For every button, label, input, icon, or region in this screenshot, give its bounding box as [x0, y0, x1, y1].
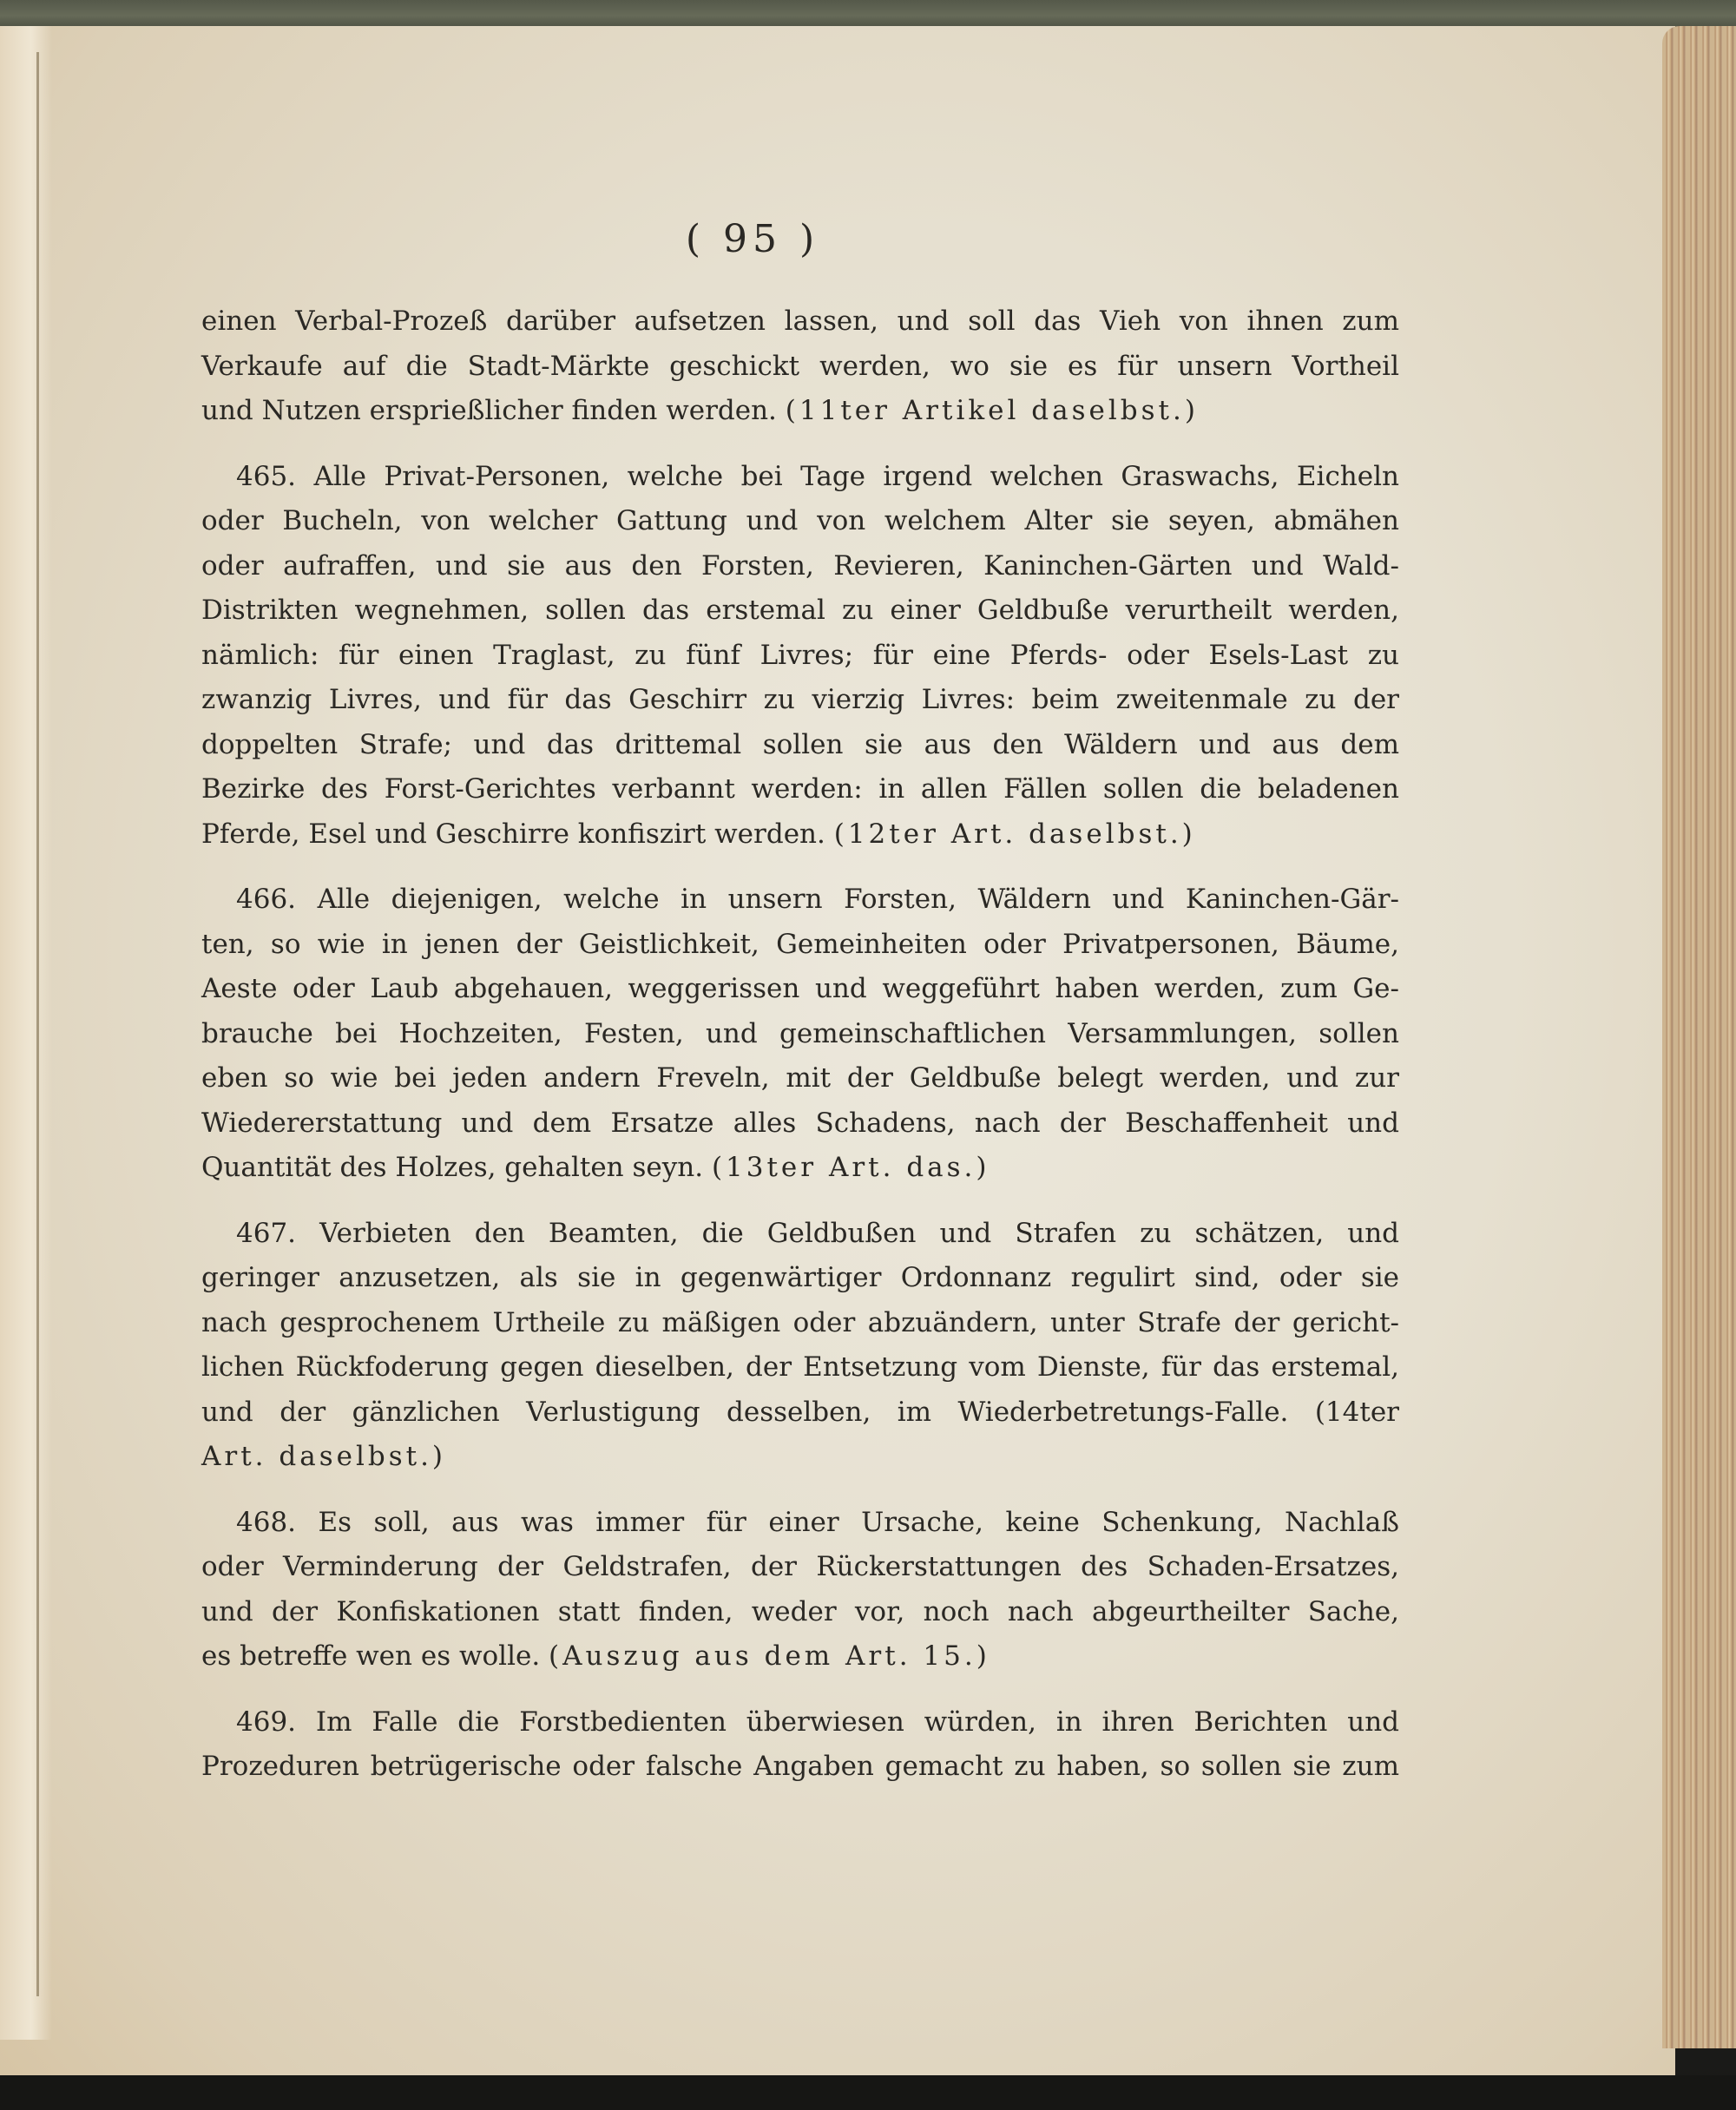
- gutter-fold: [36, 52, 39, 1996]
- paragraph-469: 469. Im Falle die Forstbedienten überwie…: [201, 1700, 1399, 1790]
- text-line: Quantität des Holzes, gehalten seyn. (13…: [201, 1146, 1399, 1191]
- text-line: 469. Im Falle die Forstbedienten überwie…: [201, 1700, 1399, 1745]
- text-line: Verkaufe auf die Stadt-Märkte geschickt …: [201, 345, 1399, 390]
- line-text: Alle diejenigen, welche in unsern Forste…: [318, 884, 1399, 915]
- line-text: Pferde, Esel und Geschirre konfiszirt we…: [201, 818, 825, 850]
- text-line: Bezirke des Forst-Gerichtes verbannt wer…: [201, 767, 1399, 812]
- text-line: und der Konfiskationen statt finden, wed…: [201, 1590, 1399, 1635]
- article-reference: (12ter Art. daselbst.): [834, 818, 1196, 850]
- page-number: ( 95 ): [106, 217, 1399, 261]
- text-line: Distrikten wegnehmen, sollen das erstema…: [201, 588, 1399, 634]
- text-line: Prozeduren betrügerische oder falsche An…: [201, 1745, 1399, 1790]
- text-line: nämlich: für einen Traglast, zu fünf Liv…: [201, 634, 1399, 679]
- line-text: Im Falle die Forstbedienten überwiesen w…: [316, 1706, 1399, 1738]
- page-text: ( 95 ) einen Verbal-Prozeß darüber aufse…: [201, 217, 1399, 1811]
- paragraph-continuation: einen Verbal-Prozeß darüber aufsetzen la…: [201, 299, 1399, 434]
- text-line: nach gesprochenem Urtheile zu mäßigen od…: [201, 1301, 1399, 1346]
- text-line: es betreffe wen es wolle. (Auszug aus de…: [201, 1634, 1399, 1679]
- line-text: Alle Privat-Personen, welche bei Tage ir…: [313, 461, 1399, 492]
- text-line: oder aufraffen, und sie aus den Forsten,…: [201, 544, 1399, 589]
- line-text: Verbieten den Beamten, die Geldbußen und…: [319, 1218, 1399, 1249]
- line-text: es betreffe wen es wolle.: [201, 1640, 540, 1672]
- text-line: Art. daselbst.): [201, 1435, 1399, 1480]
- text-line: 466. Alle diejenigen, welche in unsern F…: [201, 878, 1399, 923]
- article-reference: (13ter Art. das.): [712, 1152, 990, 1183]
- text-line: oder Bucheln, von welcher Gattung und vo…: [201, 499, 1399, 544]
- paragraph-467: 467. Verbieten den Beamten, die Geldbuße…: [201, 1212, 1399, 1480]
- gutter-shade: [0, 26, 52, 2040]
- text-line: Aeste oder Laub abgehauen, weggerissen u…: [201, 967, 1399, 1012]
- text-line: und Nutzen ersprießlicher finden werden.…: [201, 389, 1399, 434]
- paragraph-number: 468.: [236, 1507, 296, 1538]
- paragraph-465: 465. Alle Privat-Personen, welche bei Ta…: [201, 455, 1399, 858]
- text-line: Wiedererstattung und dem Ersatze alles S…: [201, 1101, 1399, 1147]
- line-text: und Nutzen ersprießlicher finden werden.: [201, 395, 777, 426]
- text-line: 465. Alle Privat-Personen, welche bei Ta…: [201, 455, 1399, 500]
- paragraph-number: 466.: [236, 884, 296, 915]
- article-reference: (Auszug aus dem Art. 15.): [549, 1640, 990, 1672]
- paragraph-468: 468. Es soll, aus was immer für einer Ur…: [201, 1501, 1399, 1679]
- text-line: lichen Rückfoderung gegen dieselben, der…: [201, 1345, 1399, 1390]
- paragraph-number: 469.: [236, 1706, 296, 1738]
- paragraph-number: 465.: [236, 461, 296, 492]
- text-line: oder Verminderung der Geldstrafen, der R…: [201, 1545, 1399, 1590]
- text-line: und der gänzlichen Verlustigung desselbe…: [201, 1390, 1399, 1436]
- paragraph-number: 467.: [236, 1218, 296, 1249]
- text-line: zwanzig Livres, und für das Geschirr zu …: [201, 678, 1399, 723]
- line-text: Quantität des Holzes, gehalten seyn.: [201, 1152, 703, 1183]
- text-line: einen Verbal-Prozeß darüber aufsetzen la…: [201, 299, 1399, 345]
- text-line: ten, so wie in jenen der Geistlichkeit, …: [201, 923, 1399, 968]
- text-line: doppelten Strafe; und das drittemal soll…: [201, 723, 1399, 768]
- page-stack-edges: [1662, 26, 1736, 2048]
- text-line: geringer anzusetzen, als sie in gegenwär…: [201, 1256, 1399, 1301]
- paragraph-466: 466. Alle diejenigen, welche in unsern F…: [201, 878, 1399, 1191]
- line-text: Es soll, aus was immer für einer Ursache…: [318, 1507, 1399, 1538]
- article-reference: (11ter Artikel daselbst.): [786, 395, 1199, 426]
- text-line: brauche bei Hochzeiten, Festen, und geme…: [201, 1012, 1399, 1057]
- background-shadow: [0, 2075, 1736, 2110]
- text-line: 468. Es soll, aus was immer für einer Ur…: [201, 1501, 1399, 1546]
- text-line: 467. Verbieten den Beamten, die Geldbuße…: [201, 1212, 1399, 1257]
- text-line: Pferde, Esel und Geschirre konfiszirt we…: [201, 812, 1399, 858]
- text-line: eben so wie bei jeden andern Freveln, mi…: [201, 1056, 1399, 1101]
